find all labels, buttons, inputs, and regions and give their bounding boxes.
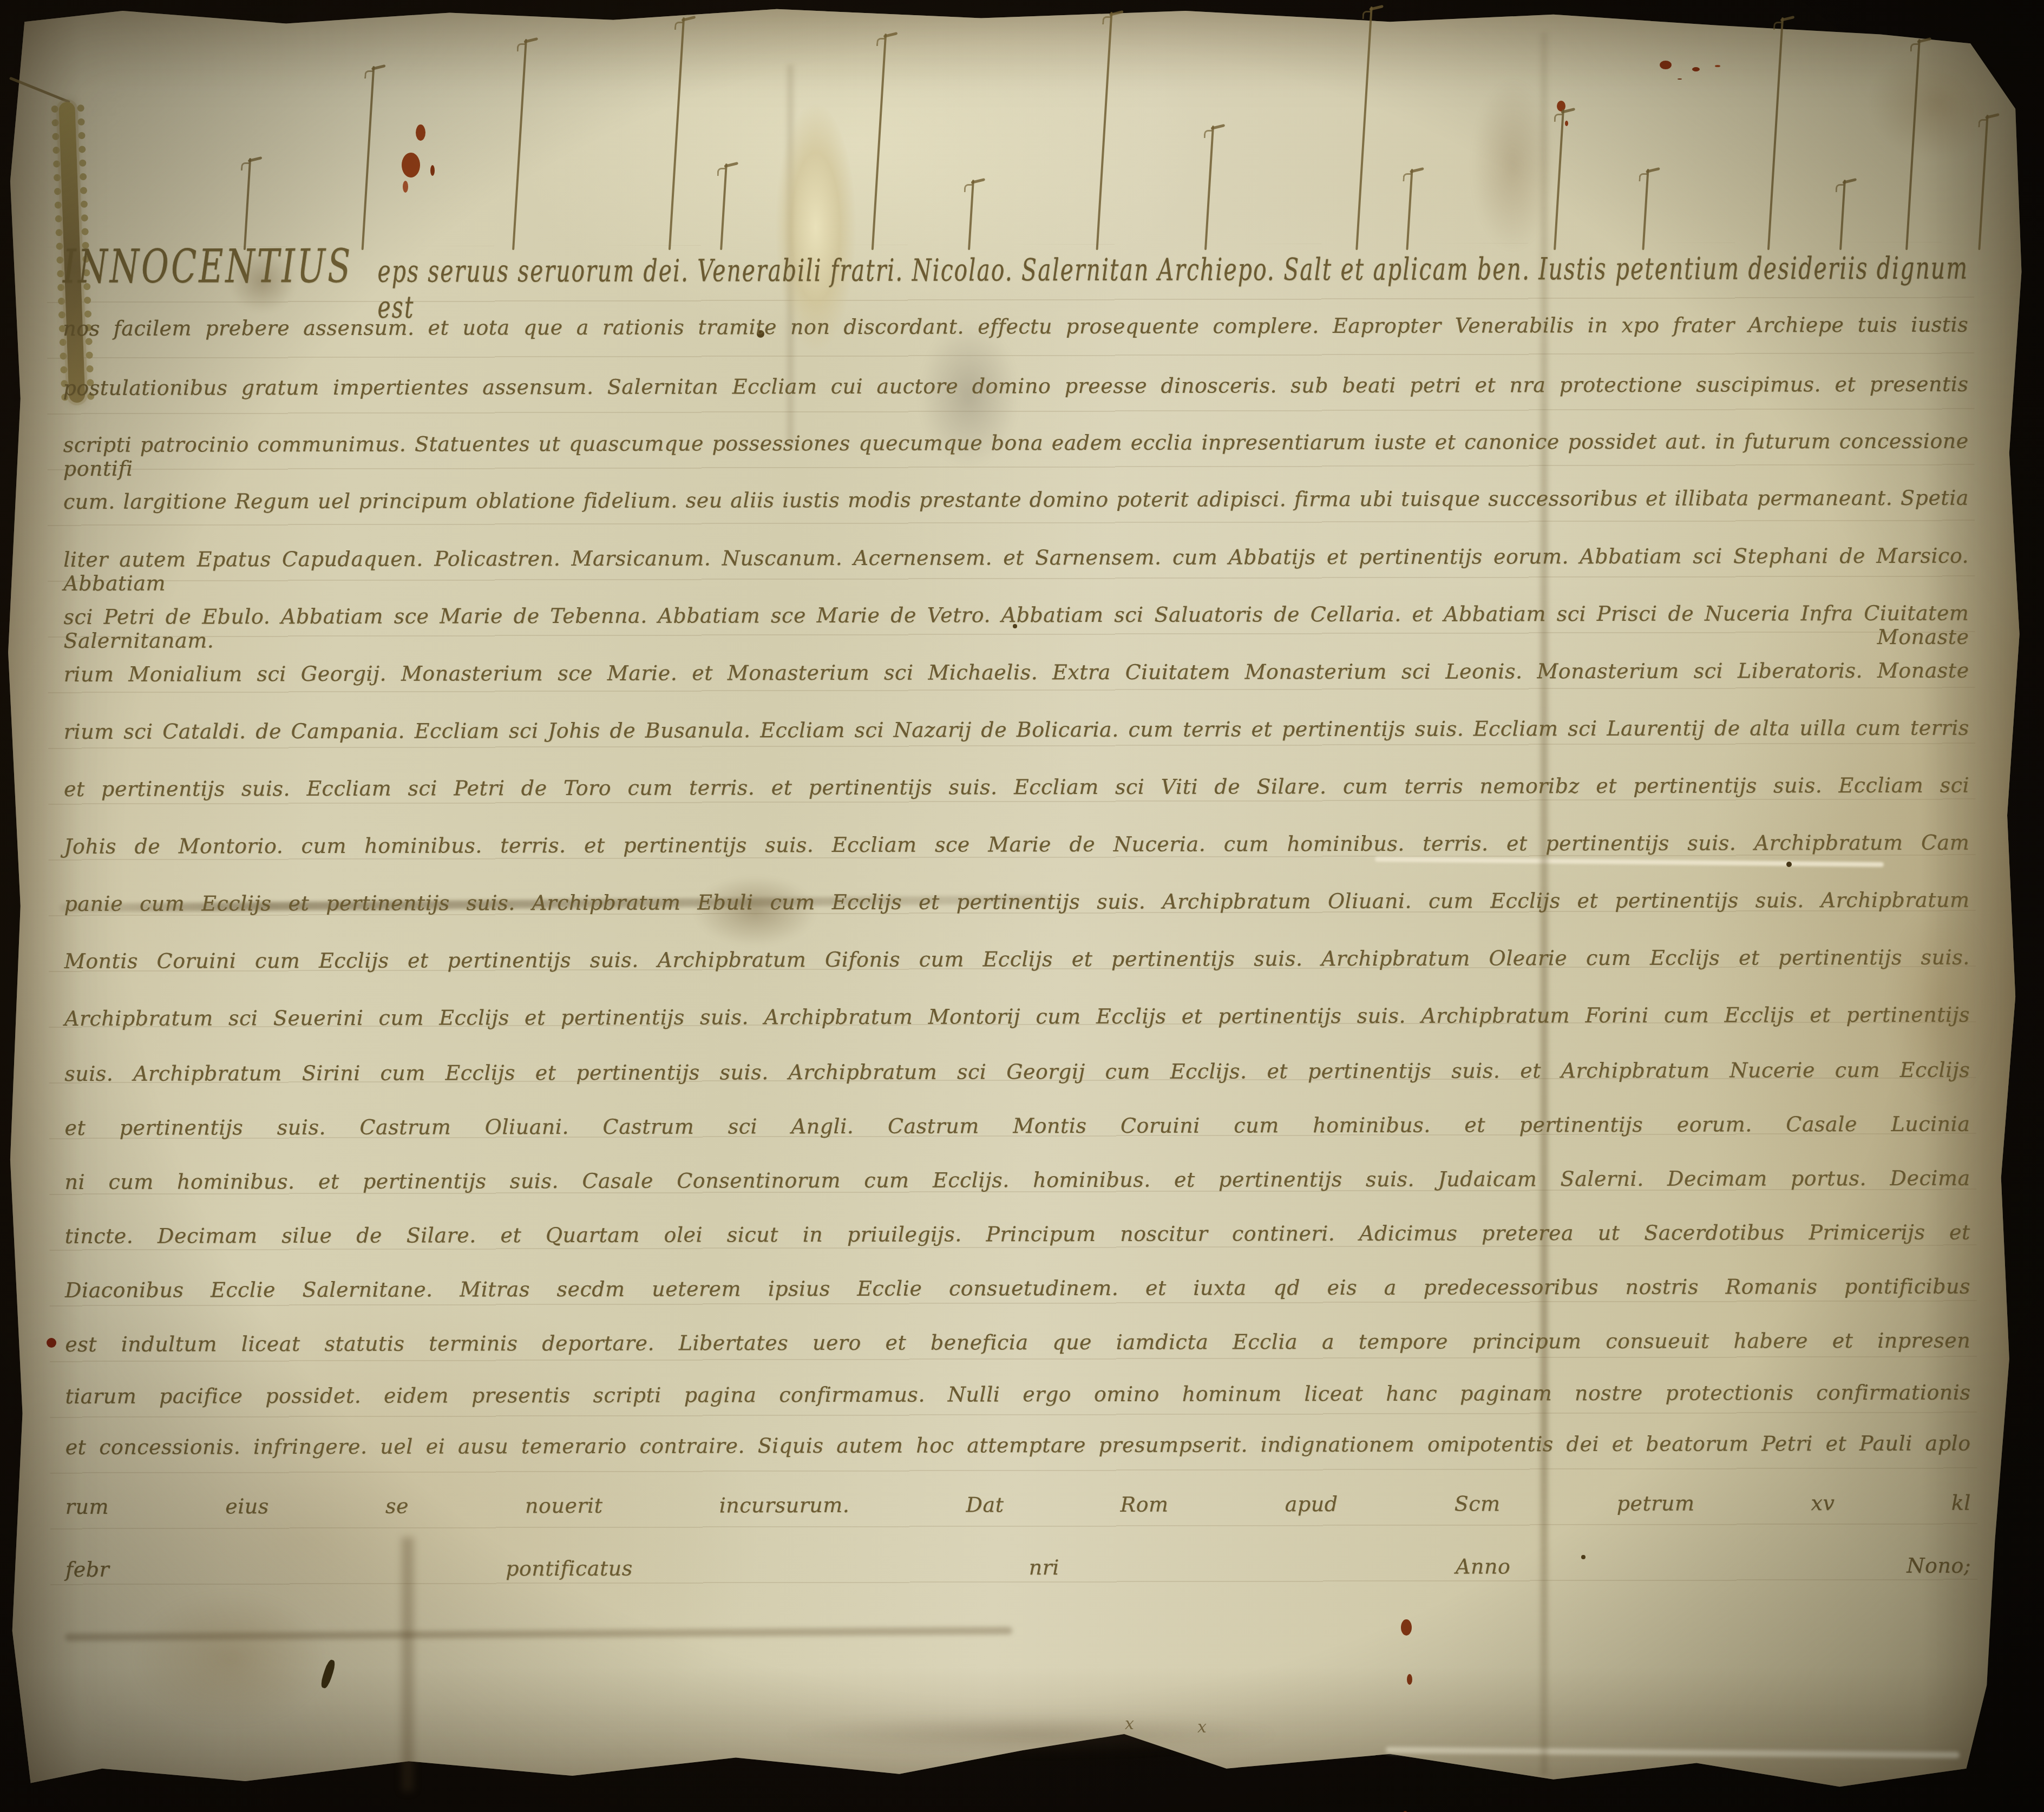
text-line: sci Petri de Ebulo. Abbatiam sce Marie d… <box>63 601 1969 653</box>
text-line: tiarum pacifice possidet. eidem presenti… <box>65 1381 1970 1408</box>
plica-mark: x <box>1197 1718 1207 1737</box>
text-line: Montis Coruini cum Ecclijs et pertinenti… <box>64 946 1970 973</box>
text-line: postulationibus gratum impertientes asse… <box>63 372 1968 400</box>
text-line: Diaconibus Ecclie Salernitane. Mitras se… <box>65 1275 1970 1302</box>
photo-background: Innocentius eps seruus seruorum dei. Ven… <box>0 0 2044 1812</box>
text-line: Johis de Montorio. cum hominibus. terris… <box>64 831 1969 858</box>
text-line: cum. largitione Regum uel principum obla… <box>63 486 1969 514</box>
text-line: rium sci Cataldi. de Campania. Eccliam s… <box>64 716 1969 744</box>
text-line: Innocentius eps seruus seruorum dei. Ven… <box>63 235 1968 326</box>
text-line: febr pontificatus nri Anno Nono; <box>65 1554 1971 1581</box>
text-line: suis. Archipbratum Sirini cum Ecclijs et… <box>64 1058 1970 1086</box>
text-line: rum eius se nouerit incursurum. Dat Rom … <box>65 1491 1971 1519</box>
text-line: ni cum hominibus. et pertinentijs suis. … <box>65 1166 1970 1194</box>
plica-mark: x <box>1125 1715 1134 1734</box>
text-line: et pertinentijs suis. Eccliam sci Petri … <box>64 773 1969 801</box>
text-line: et concessionis. infringere. uel ei ausu… <box>65 1432 1971 1459</box>
text-line: liter autem Epatus Capudaquen. Policastr… <box>63 544 1969 595</box>
text-line: tincte. Decimam silue de Silare. et Quar… <box>65 1220 1970 1248</box>
text-line: rium Monialium sci Georgij. Monasterium … <box>64 659 1969 686</box>
text-line: Archipbratum sci Seuerini cum Ecclijs et… <box>64 1003 1970 1030</box>
initial-word: Innocentius <box>63 239 353 294</box>
text-line: est indultum liceat statutis terminis de… <box>65 1329 1970 1356</box>
text-line: panie cum Ecclijs et pertinentijs suis. … <box>64 888 1969 916</box>
text-line: nos facilem prebere assensum. et uota qu… <box>63 313 1968 340</box>
text-line: scripti patrocinio communimus. Statuente… <box>63 429 1969 481</box>
text-line: et pertinentijs suis. Castrum Oliuani. C… <box>64 1112 1970 1140</box>
